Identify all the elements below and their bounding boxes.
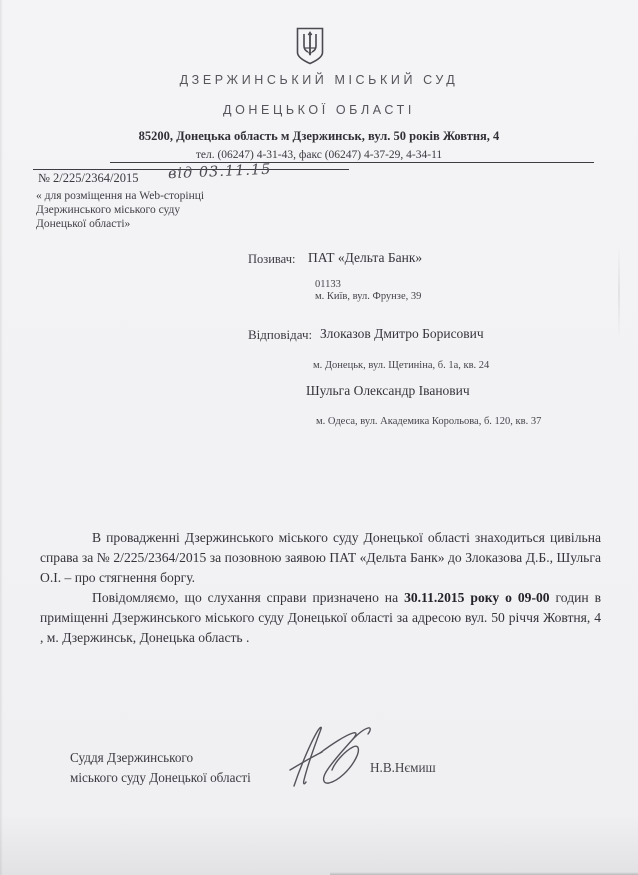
judge-title-line1: Суддя Дзержинського (70, 748, 251, 768)
defendant2-name: Шульга Олександр Іванович (306, 383, 470, 399)
plaintiff-label: Позивач: (248, 252, 295, 267)
defendant-label: Відповідач: (248, 327, 312, 343)
case-number: № 2/225/2364/2015 (38, 171, 138, 186)
court-name-line2: ДОНЕЦЬКОЇ ОБЛАСТІ (0, 103, 638, 117)
body-paragraph-2: Повідомляємо, що слухання справи признач… (40, 588, 601, 648)
scanned-court-document: ДЗЕРЖИНСЬКИЙ МІСЬКИЙ СУД ДОНЕЦЬКОЇ ОБЛАС… (0, 0, 638, 875)
defendant2-address: м. Одеса, вул. Академика Корольова, б. 1… (316, 416, 541, 427)
ukraine-trident-shield-icon (295, 26, 325, 66)
web-note-line3: Донецької області» (36, 218, 130, 230)
web-note-line2: Дзержинського міського суду (36, 204, 180, 216)
web-note-line1: « для розміщення на Web-сторінці (36, 190, 204, 202)
judge-title: Суддя Дзержинського міського суду Донець… (70, 748, 251, 788)
court-name-line1: ДЗЕРЖИНСЬКИЙ МІСЬКИЙ СУД (0, 73, 638, 87)
body-paragraph-1-text: В провадженні Дзержинського міського суд… (40, 530, 601, 585)
court-phone: тел. (06247) 4-31-43, факс (06247) 4-37-… (0, 149, 638, 161)
header-rule (110, 162, 594, 163)
defendant1-address: м. Донецьк, вул. Щетиніна, б. 1а, кв. 24 (313, 360, 489, 371)
judge-name: Н.В.Нємиш (370, 760, 436, 776)
body-paragraph-2-pre: Повідомляємо, що слухання справи признач… (92, 590, 404, 605)
body-paragraph-1: В провадженні Дзержинського міського суд… (40, 528, 601, 588)
judge-title-line2: міського суду Донецької області (70, 768, 251, 788)
court-address: 85200, Донецька область м Дзержинськ, ву… (0, 129, 638, 144)
plaintiff-name: ПАТ «Дельта Банк» (308, 250, 422, 266)
plaintiff-address: м. Київ, вул. Фрунзе, 39 (315, 291, 421, 302)
plaintiff-postcode: 01133 (315, 279, 341, 290)
handwritten-signature-icon (280, 720, 380, 802)
paper-fold-line (618, 245, 620, 340)
handwritten-date: від 03.11.15 (168, 162, 272, 182)
defendant1-name: Злоказов Дмитро Борисович (320, 326, 484, 342)
hearing-date: 30.11.2015 року о 09-00 (404, 590, 550, 605)
letter-body: В провадженні Дзержинського міського суд… (40, 528, 601, 648)
